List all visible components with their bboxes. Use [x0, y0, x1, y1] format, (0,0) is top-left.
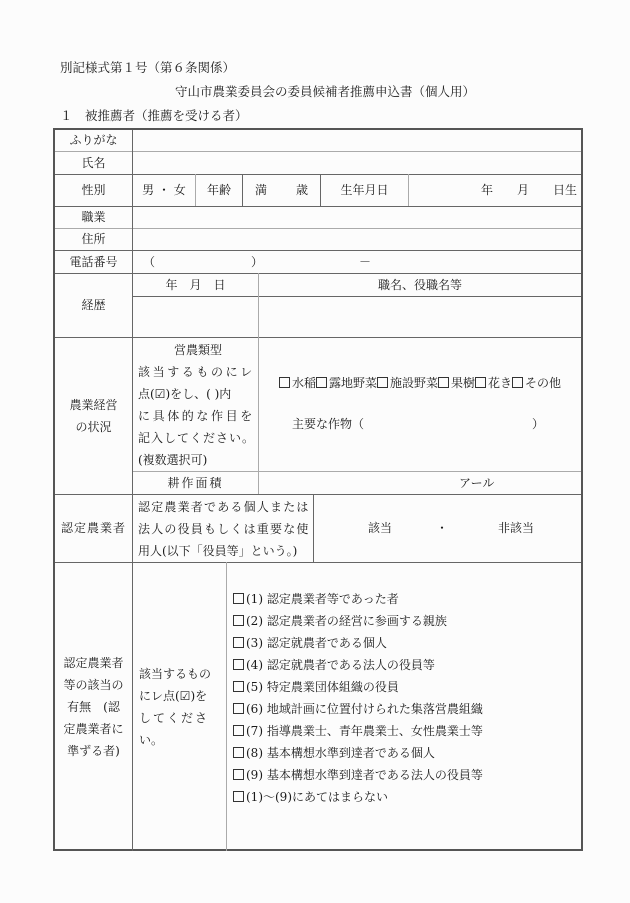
checkbox-icon	[438, 377, 449, 388]
checkbox-icon	[233, 725, 244, 736]
checkbox-other[interactable]: その他	[512, 376, 561, 390]
checkbox-icon	[233, 659, 244, 670]
age-label: 年齢	[196, 175, 242, 206]
equivalent-option-3[interactable]: (3) 認定就農者である個人	[233, 632, 387, 654]
area-label: 耕作面積	[133, 472, 258, 494]
gender-label: 性別	[55, 175, 132, 206]
equivalent-option-5[interactable]: (5) 特定農業団体組織の役員	[233, 676, 399, 698]
birth-date-input[interactable]: 年 月 日生	[409, 175, 581, 206]
occupation-label: 職業	[55, 207, 132, 228]
area-unit: アール	[459, 476, 494, 490]
checkbox-icon	[233, 747, 244, 758]
checkbox-icon	[233, 791, 244, 802]
equivalent-label: 認定農業者 等の該当の 有無 (認 定農業者に 準ずる者)	[55, 563, 132, 851]
certified-description: 認定農業者である個人または 法人の役員もしくは重要な使 用人(以下「役員等」とい…	[133, 495, 313, 562]
checkbox-icon	[233, 681, 244, 692]
career-label: 経歴	[55, 274, 132, 337]
checkbox-icon	[233, 637, 244, 648]
equivalent-option-9[interactable]: (9) 基本構想水準到達者である法人の役員等	[233, 764, 483, 786]
form-id: 別記様式第１号（第６条関係）	[60, 58, 235, 76]
certified-yes-option[interactable]: 該当	[368, 521, 392, 535]
certified-selector[interactable]: 該当 ・ 非該当	[314, 495, 581, 562]
equivalent-instructions: 該当するもの にレ点(☑)を してくださ い。	[133, 563, 226, 851]
checkbox-fruit-trees[interactable]: 果樹	[438, 376, 475, 390]
main-crop-close: ）	[532, 417, 544, 431]
phone-dash: －	[359, 255, 371, 269]
equivalent-option-none[interactable]: (1)～(9)にあてはまらない	[233, 786, 388, 808]
equivalent-option-8[interactable]: (8) 基本構想水準到達者である個人	[233, 742, 435, 764]
certified-no-option[interactable]: 非該当	[498, 521, 534, 535]
section-heading: １ 被推薦者（推薦を受ける者）	[60, 106, 248, 124]
checkbox-icon	[233, 615, 244, 626]
phone-paren-open: （	[143, 255, 155, 269]
checkbox-icon	[475, 377, 486, 388]
farming-label: 農業経営 の状況	[55, 338, 132, 494]
career-date-header: 年 月 日	[133, 274, 258, 296]
checkbox-icon	[233, 593, 244, 604]
checkbox-icon	[233, 703, 244, 714]
equivalent-option-4[interactable]: (4) 認定就農者である法人の役員等	[233, 654, 435, 676]
equivalent-option-2[interactable]: (2) 認定農業者の経営に参画する親族	[233, 610, 447, 632]
occupation-input[interactable]	[133, 207, 581, 228]
checkbox-icon	[279, 377, 290, 388]
name-input[interactable]	[133, 152, 581, 174]
application-table: ふりがな 氏名 性別 男 ・ 女 年齢 満 歳 生年月日 年 月 日生 職業 住…	[53, 128, 583, 851]
gender-selector[interactable]: 男 ・ 女	[133, 175, 195, 206]
checkbox-paddy-rice[interactable]: 水稲	[279, 376, 316, 390]
career-date-input[interactable]	[133, 297, 258, 337]
main-crop-label: 主要な作物（	[292, 417, 364, 431]
checkbox-icon	[233, 769, 244, 780]
furigana-input[interactable]	[133, 130, 581, 151]
birth-label: 生年月日	[321, 175, 408, 206]
checkbox-icon	[316, 377, 327, 388]
checkbox-icon	[512, 377, 523, 388]
farming-type-options: 水稲露地野菜施設野菜果樹花きその他 主要な作物（ ）	[259, 338, 581, 471]
phone-label: 電話番号	[55, 251, 132, 273]
farming-type-heading: 営農類型	[174, 339, 222, 361]
career-title-header: 職名、役職名等	[259, 274, 581, 296]
checkbox-flowers[interactable]: 花き	[475, 376, 512, 390]
checkbox-greenhouse-vegetables[interactable]: 施設野菜	[377, 376, 438, 390]
equivalent-option-6[interactable]: (6) 地域計画に位置付けられた集落営農組織	[233, 698, 483, 720]
checkbox-open-field-vegetables[interactable]: 露地野菜	[316, 376, 377, 390]
name-label: 氏名	[55, 152, 132, 174]
farming-checkbox-group: 水稲露地野菜施設野菜果樹花きその他	[279, 376, 561, 390]
equivalent-options: (1) 認定農業者等であった者 (2) 認定農業者の経営に参画する親族 (3) …	[227, 563, 581, 851]
farming-type-instructions: 営農類型 該当するものにレ 点(☑)をし、( )内 に具体的な作目を 記入してく…	[133, 338, 258, 471]
document-title: 守山市農業委員会の委員候補者推薦申込書（個人用）	[0, 82, 630, 100]
certified-label: 認定農業者	[55, 495, 132, 562]
equivalent-option-1[interactable]: (1) 認定農業者等であった者	[233, 588, 399, 610]
address-label: 住所	[55, 229, 132, 250]
age-prefix: 満	[255, 183, 267, 197]
career-title-input[interactable]	[259, 297, 581, 337]
certified-separator: ・	[436, 521, 448, 535]
main-crop-field[interactable]: 主要な作物（ ）	[270, 417, 570, 437]
furigana-label: ふりがな	[55, 130, 132, 151]
age-input[interactable]: 満 歳	[243, 175, 320, 206]
equivalent-option-7[interactable]: (7) 指導農業士、青年農業士、女性農業士等	[233, 720, 483, 742]
address-input[interactable]	[133, 229, 581, 250]
phone-input[interactable]: （ ） －	[133, 251, 581, 273]
checkbox-icon	[377, 377, 388, 388]
area-input[interactable]: アール	[259, 472, 581, 494]
phone-paren-close: ）	[251, 255, 263, 269]
age-suffix: 歳	[296, 183, 308, 197]
